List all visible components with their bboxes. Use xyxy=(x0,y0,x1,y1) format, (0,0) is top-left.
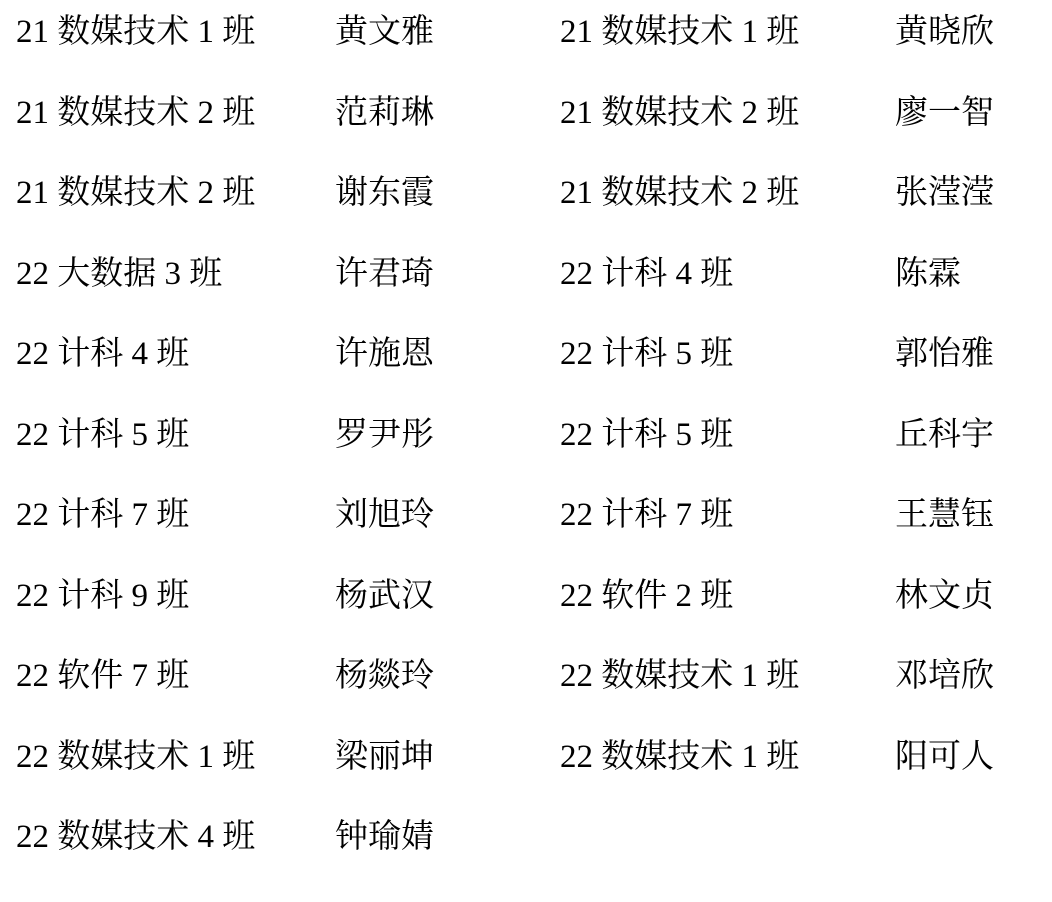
class-cell-left: 22 计科 7 班 xyxy=(16,489,335,570)
roster-document: 21 数媒技术 1 班黄文雅21 数媒技术 1 班黄晓欣21 数媒技术 2 班范… xyxy=(0,0,1052,902)
name-cell-right: 张滢滢 xyxy=(895,167,1052,248)
name-cell-left: 范莉琳 xyxy=(335,87,560,168)
class-cell-right: 22 数媒技术 1 班 xyxy=(560,731,895,812)
name-cell-right: 黄晓欣 xyxy=(895,6,1052,87)
name-cell-left: 梁丽坤 xyxy=(335,731,560,812)
class-cell-right xyxy=(560,811,895,892)
class-cell-right: 21 数媒技术 1 班 xyxy=(560,6,895,87)
name-cell-left: 许施恩 xyxy=(335,328,560,409)
name-cell-right: 陈霖 xyxy=(895,248,1052,329)
class-cell-right: 21 数媒技术 2 班 xyxy=(560,87,895,168)
class-cell-right: 22 软件 2 班 xyxy=(560,570,895,651)
class-cell-left: 22 计科 4 班 xyxy=(16,328,335,409)
class-cell-left: 22 计科 5 班 xyxy=(16,409,335,490)
name-cell-right: 廖一智 xyxy=(895,87,1052,168)
name-cell-left: 谢东霞 xyxy=(335,167,560,248)
name-cell-right: 阳可人 xyxy=(895,731,1052,812)
class-cell-left: 22 数媒技术 4 班 xyxy=(16,811,335,892)
name-cell-left: 罗尹彤 xyxy=(335,409,560,490)
name-cell-right: 丘科宇 xyxy=(895,409,1052,490)
class-cell-right: 22 计科 7 班 xyxy=(560,489,895,570)
class-cell-right: 21 数媒技术 2 班 xyxy=(560,167,895,248)
name-cell-left: 钟瑜婧 xyxy=(335,811,560,892)
name-cell-left: 黄文雅 xyxy=(335,6,560,87)
class-cell-right: 22 计科 5 班 xyxy=(560,328,895,409)
class-cell-left: 22 数媒技术 1 班 xyxy=(16,731,335,812)
class-cell-left: 21 数媒技术 1 班 xyxy=(16,6,335,87)
class-cell-left: 21 数媒技术 2 班 xyxy=(16,87,335,168)
roster-table: 21 数媒技术 1 班黄文雅21 数媒技术 1 班黄晓欣21 数媒技术 2 班范… xyxy=(0,0,1052,892)
class-cell-right: 22 计科 5 班 xyxy=(560,409,895,490)
class-cell-left: 22 计科 9 班 xyxy=(16,570,335,651)
name-cell-left: 刘旭玲 xyxy=(335,489,560,570)
name-cell-left: 杨武汉 xyxy=(335,570,560,651)
class-cell-right: 22 数媒技术 1 班 xyxy=(560,650,895,731)
class-cell-left: 22 大数据 3 班 xyxy=(16,248,335,329)
class-cell-right: 22 计科 4 班 xyxy=(560,248,895,329)
name-cell-right: 邓培欣 xyxy=(895,650,1052,731)
name-cell-left: 许君琦 xyxy=(335,248,560,329)
class-cell-left: 22 软件 7 班 xyxy=(16,650,335,731)
name-cell-right: 王慧钰 xyxy=(895,489,1052,570)
name-cell-right: 郭怡雅 xyxy=(895,328,1052,409)
name-cell-right xyxy=(895,811,1052,892)
name-cell-right: 林文贞 xyxy=(895,570,1052,651)
name-cell-left: 杨燚玲 xyxy=(335,650,560,731)
class-cell-left: 21 数媒技术 2 班 xyxy=(16,167,335,248)
